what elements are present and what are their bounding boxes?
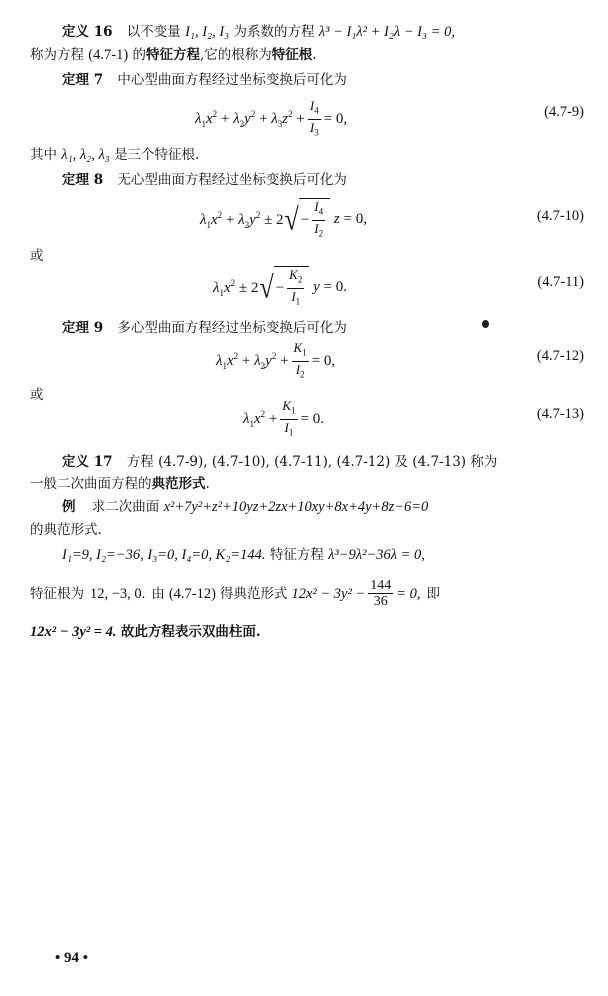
term-canonical-form: 典范形式 bbox=[152, 476, 206, 492]
scan-speck bbox=[482, 320, 489, 328]
text: 其中 bbox=[30, 147, 57, 163]
roots: 12, −3, 0. bbox=[90, 584, 145, 604]
theorem-label: 定理 9 bbox=[62, 320, 103, 336]
term-characteristic-root: 特征根 bbox=[272, 47, 313, 63]
text: 中心型曲面方程经过坐标变换后可化为 bbox=[117, 72, 347, 88]
equation-4-7-13: λ1x2 + K1I1 = 0. bbox=[243, 398, 324, 440]
surface-equation: x²+7y²+z²+10yz+2zx+10xy+8x+4y+8z−6=0 bbox=[164, 499, 429, 515]
text: 的 bbox=[132, 47, 146, 63]
text: 求二次曲面 bbox=[92, 499, 160, 515]
example-line1: 例 求二次曲面 x²+7y²+z²+10yz+2zx+10xy+8x+4y+8z… bbox=[62, 497, 428, 517]
example-label: 例 bbox=[62, 499, 76, 515]
theorem-8-heading: 定理 8 无心型曲面方程经过坐标变换后可化为 bbox=[62, 170, 347, 190]
text: 是三个特征根. bbox=[114, 147, 199, 163]
definition-17-line2: 一般二次曲面方程的典范形式. bbox=[30, 474, 210, 494]
definition-label: 定义 17 bbox=[62, 454, 113, 470]
text: 由 bbox=[151, 584, 165, 604]
text: . bbox=[312, 47, 316, 63]
text: 称为方程 bbox=[30, 47, 84, 63]
text: 多心型曲面方程经过坐标变换后可化为 bbox=[117, 320, 347, 336]
text: 得典范形式 bbox=[220, 584, 288, 604]
text: ,它的根称为 bbox=[200, 47, 272, 63]
text: . bbox=[206, 476, 210, 492]
definition-label: 定义 16 bbox=[62, 24, 113, 40]
equation-number: (4.7-10) bbox=[537, 208, 584, 225]
text: 一般二次曲面方程的 bbox=[30, 476, 152, 492]
solution-line3: 12x² − 3y² = 4. 故此方程表示双曲柱面. bbox=[30, 622, 261, 642]
invariant-values: I₁=9, I₂=−36, I₃=0, I₄=0, K₂=144. bbox=[62, 547, 266, 563]
theorem-7-after: 其中 λ₁, λ₂, λ₃ 是三个特征根. bbox=[30, 145, 199, 165]
text: 特征方程 bbox=[270, 547, 324, 563]
text: 方程 (4.7-9), (4.7-10), (4.7-11), (4.7-12)… bbox=[127, 454, 498, 470]
text: 特征根为 bbox=[30, 584, 84, 604]
page-number: • 94 • bbox=[55, 950, 88, 967]
definition-16-line2: 称为方程 (4.7-1) 的特征方程,它的根称为特征根. bbox=[30, 45, 317, 65]
solution-line2: 特征根为 12, −3, 0. 由 (4.7-12) 得典范形式 12x² − … bbox=[30, 578, 440, 609]
or-text: 或 bbox=[30, 246, 44, 266]
characteristic-equation: λ³−9λ²−36λ = 0, bbox=[328, 547, 425, 563]
equation-number: (4.7-12) bbox=[537, 348, 584, 365]
canonical-form-lhs: 12x² − 3y² − bbox=[291, 584, 365, 604]
text: 以不变量 bbox=[127, 24, 181, 40]
equation-number: (4.7-13) bbox=[537, 406, 584, 423]
theorem-9-heading: 定理 9 多心型曲面方程经过坐标变换后可化为 bbox=[62, 318, 347, 338]
text: 为系数的方程 bbox=[234, 24, 315, 40]
equation-4-7-10: λ1x2 + λ2y2 ± 2 √−I4I2 z = 0, bbox=[200, 198, 367, 241]
equation-number: (4.7-11) bbox=[537, 274, 584, 291]
canonical-form-rhs: = 0, bbox=[396, 584, 420, 604]
theorem-label: 定理 7 bbox=[62, 72, 103, 88]
characteristic-equation: λ³ − I₁λ² + I₂λ − I₃ = 0, bbox=[319, 24, 455, 40]
math-inline: I₁, I₂, I₃ bbox=[185, 24, 229, 40]
fraction-numerator: 144 bbox=[368, 578, 393, 594]
text: 即 bbox=[427, 584, 441, 604]
equation-number: (4.7-9) bbox=[544, 104, 584, 121]
fraction-denominator: 36 bbox=[372, 594, 390, 609]
math-inline: λ₁, λ₂, λ₃ bbox=[61, 147, 109, 163]
term-characteristic-equation: 特征方程 bbox=[146, 47, 200, 63]
equation-4-7-9: λ1x2 + λ2y2 + λ3z2 + I4I3 = 0, bbox=[195, 98, 347, 140]
theorem-7-heading: 定理 7 中心型曲面方程经过坐标变换后可化为 bbox=[62, 70, 347, 90]
equation-4-7-12: λ1x2 + λ2y2 + K1I2 = 0, bbox=[216, 340, 335, 382]
equation-ref: (4.7-1) bbox=[88, 47, 128, 63]
example-line2: 的典范形式. bbox=[30, 520, 102, 540]
equation-4-7-11: λ1x2 ± 2 √−K2I1 y = 0. bbox=[213, 266, 347, 309]
final-equation: 12x² − 3y² = 4. bbox=[30, 624, 117, 640]
definition-16-line1: 定义 16 以不变量 I₁, I₂, I₃ 为系数的方程 λ³ − I₁λ² +… bbox=[62, 22, 455, 42]
or-text: 或 bbox=[30, 385, 44, 405]
equation-ref: (4.7-12) bbox=[169, 584, 216, 604]
conclusion: 故此方程表示双曲柱面. bbox=[121, 624, 261, 640]
theorem-label: 定理 8 bbox=[62, 172, 103, 188]
solution-line1: I₁=9, I₂=−36, I₃=0, I₄=0, K₂=144. 特征方程 λ… bbox=[62, 545, 425, 565]
definition-17-line1: 定义 17 方程 (4.7-9), (4.7-10), (4.7-11), (4… bbox=[62, 452, 497, 472]
text: 无心型曲面方程经过坐标变换后可化为 bbox=[117, 172, 347, 188]
